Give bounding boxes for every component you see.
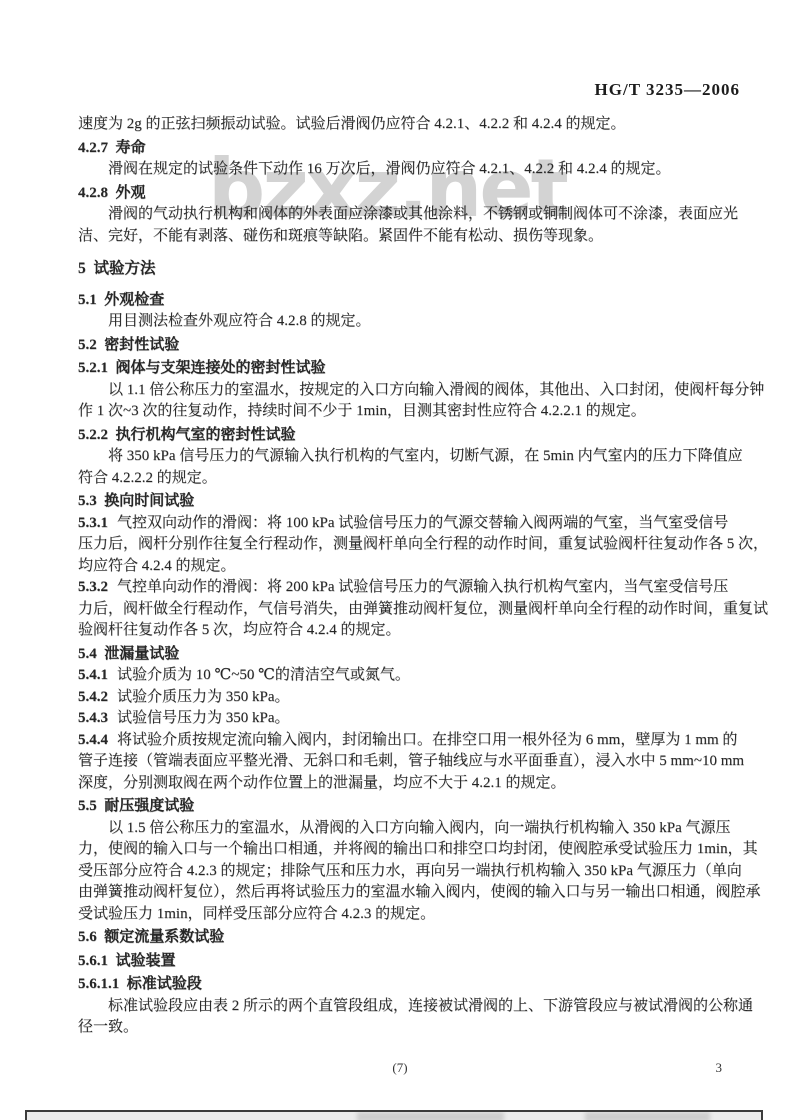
text-line: 管子连接（管端表面应平整光滑、无斜口和毛刺，管子轴线应与水平面垂直），浸入水中 …: [78, 751, 762, 773]
section-heading: 5.6.1 试验装置: [78, 951, 762, 973]
clause-text: 气控双向动作的滑阀：将 100 kPa 试验信号压力的气源交替输入阀两端的气室，…: [117, 515, 728, 531]
numbered-line: 5.4.2试验介质压力为 350 kPa。: [78, 687, 762, 709]
document-page: bzxz.net HG/T 3235—2006 速度为 2g 的正弦扫频振动试验…: [0, 0, 800, 1120]
scan-artifact-bar: [25, 1110, 763, 1120]
text-line: 力后，阀杆做全行程动作，气信号消失，由弹簧推动阀杆复位，测量阀杆单向全行程的动作…: [78, 599, 762, 621]
section-heading: 5.6.1.1 标准试验段: [78, 974, 762, 996]
section-heading: 5.3 换向时间试验: [78, 491, 762, 513]
clause-text: 将试验介质按规定流向输入阀内，封闭输出口。在排空口用一根外径为 6 mm，壁厚为…: [117, 732, 737, 748]
section-heading: 5.2.1 阀体与支架连接处的密封性试验: [78, 358, 762, 380]
footer-mark: (7): [0, 1060, 800, 1076]
clause-text: 试验介质为 10 ℃~50 ℃的清洁空气或氮气。: [117, 667, 410, 683]
section-heading: 5.4 泄漏量试验: [78, 644, 762, 666]
text-line: 验阀杆往复动作各 5 次，均应符合 4.2.4 的规定。: [78, 620, 762, 642]
text-line: 压力后，阀杆分别作往复全行程动作，测量阀杆单向全行程的动作时间，重复试验阀杆往复…: [78, 534, 762, 556]
chapter-heading: 5 试验方法: [78, 258, 762, 280]
text-line: 将 350 kPa 信号压力的气源输入执行机构的气室内，切断气源，在 5min …: [78, 446, 762, 468]
clause-number: 5.4.2: [78, 689, 108, 705]
section-heading: 5.6 额定流量系数试验: [78, 927, 762, 949]
clause-text: 试验介质压力为 350 kPa。: [117, 689, 290, 705]
standard-number: HG/T 3235—2006: [595, 80, 740, 100]
clause-number: 5.4.4: [78, 732, 108, 748]
text-line: 用目测法检查外观应符合 4.2.8 的规定。: [78, 311, 762, 333]
text-line: 以 1.5 倍公称压力的室温水，从滑阀的入口方向输入阀内，向一端执行机构输入 3…: [78, 818, 762, 840]
section-heading: 5.2.2 执行机构气室的密封性试验: [78, 425, 762, 447]
text-line: 洁、完好，不能有剥落、碰伤和斑痕等缺陷。紧固件不能有松动、损伤等现象。: [78, 226, 762, 248]
clause-text: 气控单向动作的滑阀：将 200 kPa 试验信号压力的气源输入执行机构气室内，当…: [117, 579, 728, 595]
section-heading: 5.1 外观检查: [78, 290, 762, 312]
section-heading: 5.5 耐压强度试验: [78, 796, 762, 818]
text-line: 滑阀的气动执行机构和阀体的外表面应涂漆或其他涂料，不锈钢或铜制阀体可不涂漆，表面…: [78, 204, 762, 226]
section-heading: 4.2.8 外观: [78, 183, 762, 205]
text-line: 速度为 2g 的正弦扫频振动试验。试验后滑阀仍应符合 4.2.1、4.2.2 和…: [78, 114, 762, 136]
page-number: 3: [716, 1060, 723, 1076]
text-line: 受压部分应符合 4.2.3 的规定；排除气压和压力水，再向另一端执行机构输入 3…: [78, 861, 762, 883]
text-line: 力，使阀的输入口与一个输出口相通，并将阀的输出口和排空口均封闭，使阀腔承受试验压…: [78, 839, 762, 861]
numbered-line: 5.4.1试验介质为 10 ℃~50 ℃的清洁空气或氮气。: [78, 665, 762, 687]
clause-number: 5.4.3: [78, 710, 108, 726]
clause-number: 5.3.1: [78, 515, 108, 531]
numbered-line: 5.3.2气控单向动作的滑阀：将 200 kPa 试验信号压力的气源输入执行机构…: [78, 577, 762, 599]
clause-text: 试验信号压力为 350 kPa。: [117, 710, 290, 726]
numbered-line: 5.3.1气控双向动作的滑阀：将 100 kPa 试验信号压力的气源交替输入阀两…: [78, 513, 762, 535]
text-line: 以 1.1 倍公称压力的室温水，按规定的入口方向输入滑阀的阀体，其他出、入口封闭…: [78, 380, 762, 402]
text-line: 均应符合 4.2.4 的规定。: [78, 556, 762, 578]
text-line: 标准试验段应由表 2 所示的两个直管段组成，连接被试滑阀的上、下游管段应与被试滑…: [78, 996, 762, 1018]
text-line: 由弹簧推动阀杆复位），然后再将试验压力的室温水输入阀内，使阀的输入口与另一输出口…: [78, 882, 762, 904]
section-heading: 4.2.7 寿命: [78, 138, 762, 160]
scan-smudge: [357, 1112, 504, 1120]
numbered-line: 5.4.3试验信号压力为 350 kPa。: [78, 708, 762, 730]
clause-number: 5.3.2: [78, 579, 108, 595]
clause-number: 5.4.1: [78, 667, 108, 683]
text-line: 径一致。: [78, 1017, 762, 1039]
text-line: 深度，分别测取阀在两个动作位置上的泄漏量，均应不大于 4.2.1 的规定。: [78, 773, 762, 795]
text-line: 符合 4.2.2.2 的规定。: [78, 468, 762, 490]
text-line: 受试验压力 1min，同样受压部分应符合 4.2.3 的规定。: [78, 904, 762, 926]
document-body: 速度为 2g 的正弦扫频振动试验。试验后滑阀仍应符合 4.2.1、4.2.2 和…: [78, 114, 762, 1039]
text-line: 滑阀在规定的试验条件下动作 16 万次后，滑阀仍应符合 4.2.1、4.2.2 …: [78, 159, 762, 181]
numbered-line: 5.4.4将试验介质按规定流向输入阀内，封闭输出口。在排空口用一根外径为 6 m…: [78, 730, 762, 752]
text-line: 作 1 次~3 次的往复动作，持续时间不少于 1min，目测其密封性应符合 4.…: [78, 401, 762, 423]
section-heading: 5.2 密封性试验: [78, 335, 762, 357]
scan-smudge: [585, 1112, 710, 1120]
